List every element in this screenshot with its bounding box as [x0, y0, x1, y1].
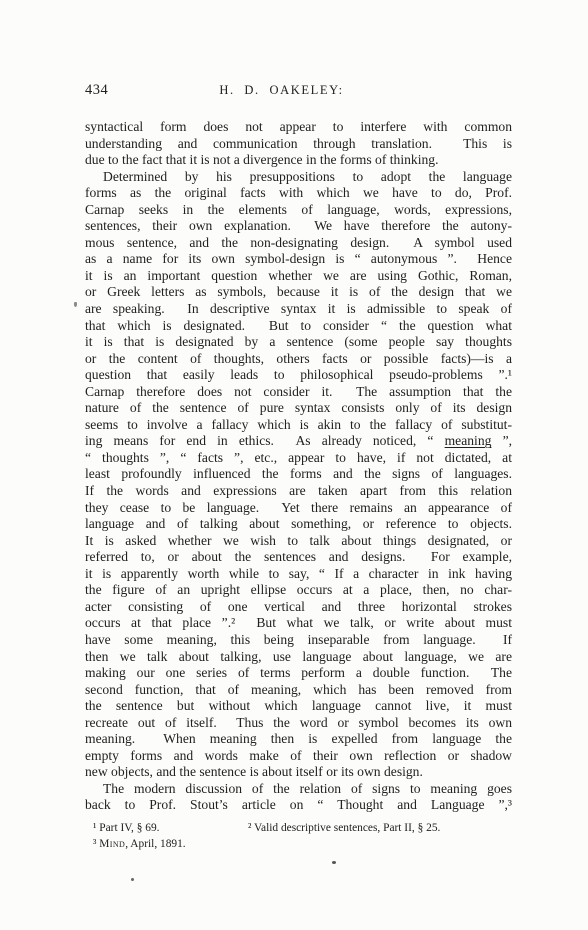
text-line: language and of talking about something,…	[85, 516, 512, 533]
text-line: the sentence but without which language …	[85, 698, 512, 715]
page-header: 434 H. D. OAKELEY:	[85, 82, 512, 100]
footnote-row: ¹ Part IV, § 69. ² Valid descriptive sen…	[85, 820, 512, 836]
text-line: question that easily leads to philosophi…	[85, 367, 512, 384]
text-line: making our one series of terms perform a…	[85, 665, 512, 682]
text-line: or Greek letters as symbols, because it …	[85, 284, 512, 301]
scan-speck	[332, 861, 336, 864]
text-line: Determined by his presuppositions to ado…	[85, 169, 512, 186]
text-line: as a name for its own symbol-design is “…	[85, 251, 512, 268]
footnote-3-journal: Mind	[99, 838, 125, 850]
running-head: H. D. OAKELEY:	[85, 83, 478, 98]
underlined-word: meaning	[445, 433, 492, 448]
text-line: it is that is designated by a sentence (…	[85, 334, 512, 351]
text-line: Carnap therefore does not consider it. T…	[85, 384, 512, 401]
footnote-3: ³ Mind, April, 1891.	[93, 836, 186, 852]
text-line: referred to, or about the sentences and …	[85, 549, 512, 566]
scanned-journal-page: 434 H. D. OAKELEY: syntactical form does…	[0, 0, 588, 930]
text-line: “ thoughts ”, “ facts ”, etc., appear to…	[85, 450, 512, 467]
text-line: then we talk about talking, use language…	[85, 649, 512, 666]
footnotes: ¹ Part IV, § 69. ² Valid descriptive sen…	[85, 820, 512, 836]
text-line: acter consisting of one vertical and thr…	[85, 599, 512, 616]
text-line: If the words and expressions are taken a…	[85, 483, 512, 500]
text-line: least profoundly influenced the forms an…	[85, 466, 512, 483]
text-line: recreate out of itself. Thus the word or…	[85, 715, 512, 732]
text-line: empty forms and words make of their own …	[85, 748, 512, 765]
text-line: it is an important question whether we a…	[85, 268, 512, 285]
text-line: have some meaning, this being inseparabl…	[85, 632, 512, 649]
text-line: syntactical form does not appear to inte…	[85, 119, 512, 136]
scan-speck	[131, 878, 134, 881]
text-line: seems to involve a fallacy which is akin…	[85, 417, 512, 434]
text-line: second function, that of meaning, which …	[85, 682, 512, 699]
footnote-2: ² Valid descriptive sentences, Part II, …	[248, 820, 440, 836]
text-line: understanding and communication through …	[85, 136, 512, 153]
text-line: due to the fact that it is not a diverge…	[85, 152, 512, 169]
text-line: back to Prof. Stout’s article on “ Thoug…	[85, 797, 512, 814]
text-line: The modern discussion of the relation of…	[85, 781, 512, 798]
text-line: or the content of thoughts, others facts…	[85, 351, 512, 368]
text-line: Carnap seeks in the elements of language…	[85, 202, 512, 219]
text-line: forms as the original facts with which w…	[85, 185, 512, 202]
text-line: nature of the sentence of pure syntax co…	[85, 400, 512, 417]
footnote-3-rest: , April, 1891.	[125, 838, 185, 850]
text-line: mous sentence, and the non-designating d…	[85, 235, 512, 252]
text-line: that which is designated. But to conside…	[85, 318, 512, 335]
text-line: new objects, and the sentence is about i…	[85, 764, 512, 781]
text-line: are speaking. In descriptive syntax it i…	[85, 301, 512, 318]
footnote-1: ¹ Part IV, § 69.	[93, 820, 160, 836]
text-line: It is asked whether we wish to talk abou…	[85, 533, 512, 550]
text-line: the figure of an upright ellipse occurs …	[85, 582, 512, 599]
text-line: ing means for end in ethics. As already …	[85, 433, 512, 450]
text-line: sentences, their own explanation. We hav…	[85, 218, 512, 235]
text-line: occurs at that place ”.² But what we tal…	[85, 615, 512, 632]
body-text: syntactical form does not appear to inte…	[85, 119, 512, 814]
text-line: meaning. When meaning then is expelled f…	[85, 731, 512, 748]
text-line: they cease to be language. Yet there rem…	[85, 500, 512, 517]
text-line: it is apparently worth while to say, “ I…	[85, 566, 512, 583]
scan-speck	[74, 302, 77, 307]
